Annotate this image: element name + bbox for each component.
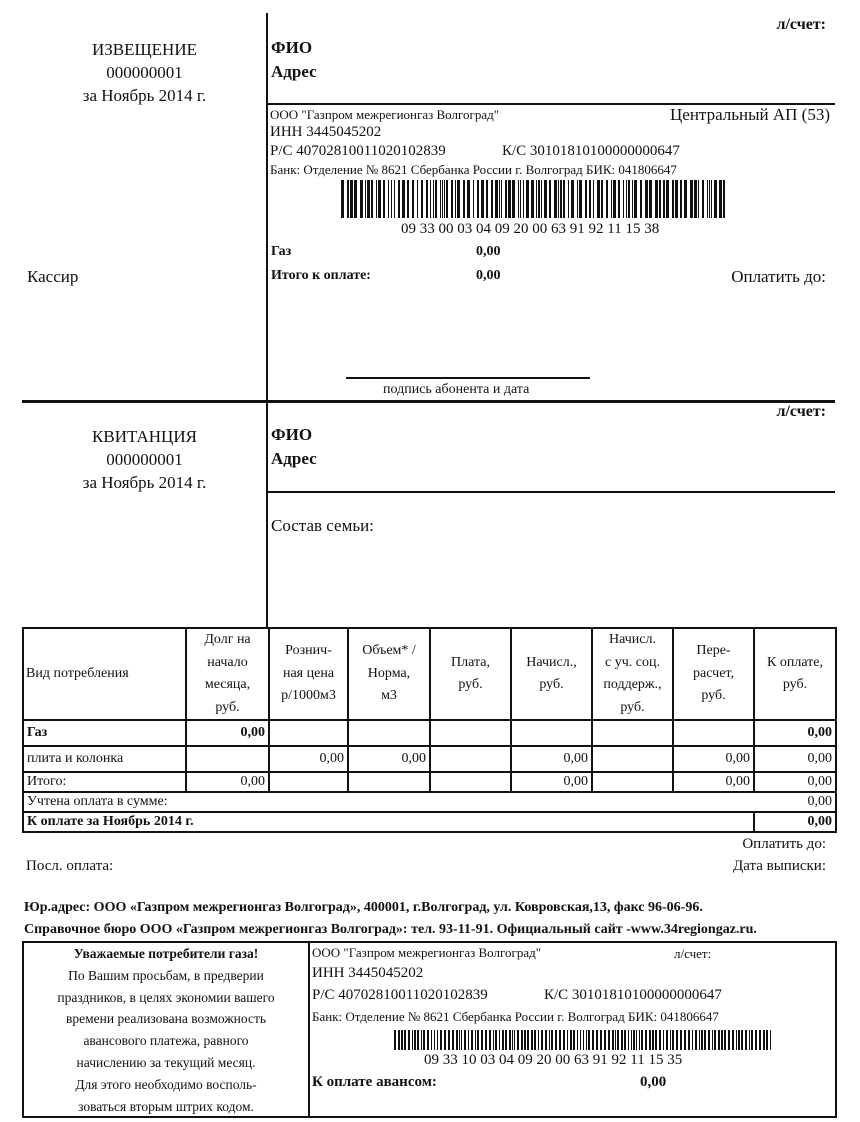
notice-bank: Банк: Отделение № 8621 Сбербанка России … [270, 162, 677, 178]
value-cell [592, 772, 673, 792]
notice-barcode-digits: 09 33 00 03 04 09 20 00 63 91 92 11 15 3… [401, 221, 659, 238]
notice-total-value: 0,00 [476, 268, 501, 284]
notice-company: ООО "Газпром межрегионгаз Волгоград" [270, 107, 499, 123]
value-cell [592, 720, 673, 746]
header-line: руб. [514, 674, 589, 697]
value-cell [592, 746, 673, 772]
value-cell [673, 720, 754, 746]
header-line: Долг на [189, 629, 266, 652]
header-line: поддерж., [595, 674, 670, 697]
header-line: К оплате, [757, 652, 833, 675]
paid-label: Учтена оплата в сумме: [23, 792, 754, 812]
last-payment-label: Посл. оплата: [26, 858, 113, 875]
value-cell: 0,00 [673, 772, 754, 792]
notice-gas-value: 0,00 [476, 244, 501, 260]
notice-fio-label: ФИО [271, 38, 312, 58]
advance-value: 0,00 [640, 1074, 666, 1091]
header-line: руб. [189, 697, 266, 720]
advance-message-line: авансового платежа, равного [24, 1030, 308, 1052]
header-line: начало [189, 652, 266, 675]
value-cell [511, 720, 592, 746]
paid-value: 0,00 [754, 792, 836, 812]
table-row: Итого:0,000,000,000,00 [23, 772, 836, 792]
receipt-account-label: л/счет: [776, 403, 826, 421]
due-label: К оплате за Ноябрь 2014 г. [23, 812, 754, 832]
advance-message-line: начислению за текущий месяц. [24, 1052, 308, 1074]
advance-barcode [394, 1030, 774, 1050]
header-line: м3 [351, 685, 427, 708]
value-cell: 0,00 [754, 720, 836, 746]
advance-requisites: ООО "Газпром межрегионгаз Волгоград" л/с… [310, 943, 835, 1116]
table-header-row: Вид потребленияДолг наначаломесяца,руб.Р… [23, 628, 836, 720]
notice-branch: Центральный АП (53) [670, 105, 830, 125]
table-header-cell: Начисл.с уч. соц.поддерж.,руб. [592, 628, 673, 720]
header-line: руб. [676, 685, 751, 708]
legal-address: Юр.адрес: ООО «Газпром межрегионгаз Волг… [24, 900, 703, 916]
notice-gas-label: Газ [271, 244, 291, 260]
family-label: Состав семьи: [271, 516, 374, 536]
table-header-cell: К оплате,руб. [754, 628, 836, 720]
advance-message-body: По Вашим просьбам, в предвериипраздников… [24, 965, 308, 1118]
charges-table: Вид потребленияДолг наначаломесяца,руб.Р… [22, 627, 837, 833]
value-cell [430, 746, 511, 772]
value-cell: 0,00 [511, 772, 592, 792]
notice-barcode [341, 180, 726, 218]
notice-period: за Ноябрь 2014 г. [22, 84, 267, 107]
header-line: Плата, [433, 652, 508, 675]
header-line: руб. [757, 674, 833, 697]
value-cell: 0,00 [754, 772, 836, 792]
value-cell [348, 772, 430, 792]
value-cell [186, 746, 269, 772]
advance-message-line: времени реализована возможность [24, 1008, 308, 1030]
value-cell [348, 720, 430, 746]
receipt-fio-label: ФИО [271, 425, 312, 445]
signature-label: подпись абонента и дата [383, 382, 529, 398]
value-cell: 0,00 [269, 746, 348, 772]
value-cell: 0,00 [673, 746, 754, 772]
advance-message-line: Для этого необходимо восполь- [24, 1074, 308, 1096]
table-header-cell: Долг наначаломесяца,руб. [186, 628, 269, 720]
due-value: 0,00 [754, 812, 836, 832]
row-label-cell: Итого: [23, 772, 186, 792]
receipt-period: за Ноябрь 2014 г. [22, 471, 267, 494]
table-header-cell: Объем* /Норма,м3 [348, 628, 430, 720]
receipt-divider [267, 491, 835, 493]
value-cell: 0,00 [754, 746, 836, 772]
value-cell [269, 720, 348, 746]
value-cell: 0,00 [348, 746, 430, 772]
signature-line[interactable] [346, 377, 590, 379]
advance-inn: ИНН 3445045202 [312, 965, 423, 982]
header-line: руб. [433, 674, 508, 697]
header-line: расчет, [676, 663, 751, 686]
header-line: Пере- [676, 640, 751, 663]
notice-pay-until-label: Оплатить до: [731, 267, 826, 287]
notice-address-label: Адрес [271, 62, 317, 82]
advance-rs: Р/С 40702810011020102839 [312, 987, 488, 1004]
advance-ks: К/С 30101810100000000647 [544, 987, 722, 1004]
value-cell: 0,00 [186, 720, 269, 746]
table-header-cell: Вид потребления [23, 628, 186, 720]
advance-payment-box: Уважаемые потребители газа! По Вашим про… [22, 941, 837, 1118]
advance-account-label: л/счет: [674, 946, 711, 962]
value-cell: 0,00 [186, 772, 269, 792]
notice-header: ИЗВЕЩЕНИЕ 000000001 за Ноябрь 2014 г. [22, 38, 267, 107]
receipt-address-label: Адрес [271, 449, 317, 469]
header-line: р/1000м3 [272, 685, 345, 708]
header-line: месяца, [189, 674, 266, 697]
header-line: с уч. соц. [595, 652, 670, 675]
header-line: ная цена [272, 663, 345, 686]
advance-message-line: По Вашим просьбам, в предверии [24, 965, 308, 987]
receipt-number: 000000001 [22, 448, 267, 471]
advance-message: Уважаемые потребители газа! По Вашим про… [24, 943, 310, 1116]
table-header-cell: Плата,руб. [430, 628, 511, 720]
footer-pay-until-label: Оплатить до: [742, 836, 826, 853]
advance-label: К оплате авансом: [312, 1074, 437, 1091]
header-line: Норма, [351, 663, 427, 686]
info-desk: Справочное бюро ООО «Газпром межрегионга… [24, 922, 757, 938]
header-line: Вид потребления [26, 663, 183, 686]
value-cell [269, 772, 348, 792]
notice-ks: К/С 30101810100000000647 [502, 143, 680, 160]
notice-rs: Р/С 40702810011020102839 [270, 143, 446, 160]
advance-message-line: праздников, в целях экономии вашего [24, 987, 308, 1009]
notice-title: ИЗВЕЩЕНИЕ [22, 38, 267, 61]
header-line: Начисл. [595, 629, 670, 652]
value-cell [430, 720, 511, 746]
vertical-divider [266, 13, 268, 628]
table-row: плита и колонка0,000,000,000,000,00 [23, 746, 836, 772]
table-header-cell: Рознич-ная ценар/1000м3 [269, 628, 348, 720]
receipt-title: КВИТАНЦИЯ [22, 425, 267, 448]
header-line: Начисл., [514, 652, 589, 675]
table-header-cell: Начисл.,руб. [511, 628, 592, 720]
paid-row: Учтена оплата в сумме:0,00 [23, 792, 836, 812]
header-line: руб. [595, 697, 670, 720]
due-row: К оплате за Ноябрь 2014 г.0,00 [23, 812, 836, 832]
section-divider [22, 400, 835, 403]
advance-barcode-digits: 09 33 10 03 04 09 20 00 63 91 92 11 15 3… [424, 1052, 682, 1069]
advance-message-line: зоваться вторым штрих кодом. [24, 1096, 308, 1118]
cashier-label: Кассир [27, 267, 78, 287]
row-label-cell: плита и колонка [23, 746, 186, 772]
table-row: Газ0,000,00 [23, 720, 836, 746]
value-cell [430, 772, 511, 792]
notice-account-label: л/счет: [776, 16, 826, 34]
notice-number: 000000001 [22, 61, 267, 84]
value-cell: 0,00 [511, 746, 592, 772]
header-line: Объем* / [351, 640, 427, 663]
advance-bank: Банк: Отделение № 8621 Сбербанка России … [312, 1009, 719, 1025]
receipt-header: КВИТАНЦИЯ 000000001 за Ноябрь 2014 г. [22, 425, 267, 494]
header-line: Рознич- [272, 640, 345, 663]
advance-company: ООО "Газпром межрегионгаз Волгоград" [312, 945, 541, 961]
table-header-cell: Пере-расчет,руб. [673, 628, 754, 720]
notice-inn: ИНН 3445045202 [270, 124, 381, 141]
row-label-cell: Газ [23, 720, 186, 746]
advance-message-title: Уважаемые потребители газа! [24, 943, 308, 965]
notice-total-label: Итого к оплате: [271, 268, 371, 284]
statement-date-label: Дата выписки: [733, 858, 826, 875]
